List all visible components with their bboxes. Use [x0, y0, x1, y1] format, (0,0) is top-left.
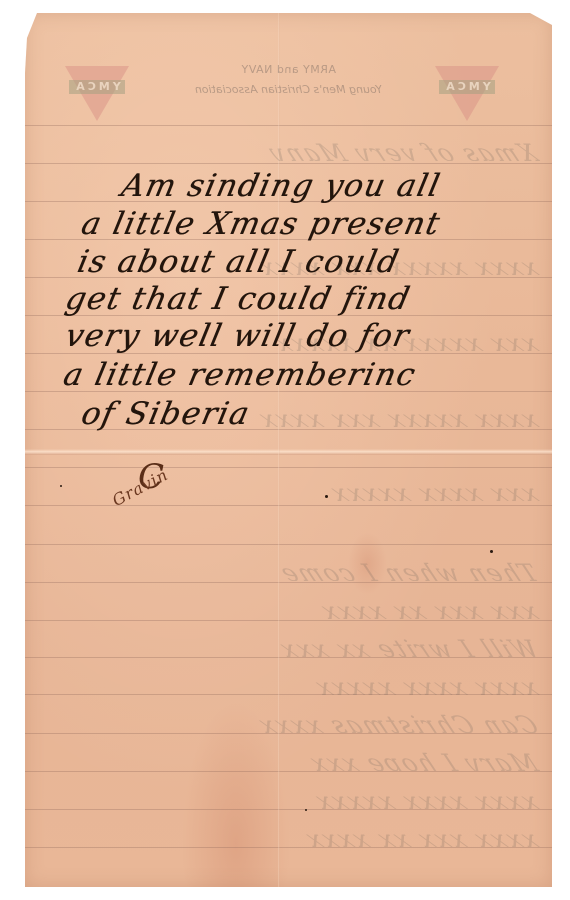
ruled-line: [25, 125, 552, 126]
signature: C Gravin: [118, 455, 248, 535]
letter-line-1: Am sinding you all: [118, 168, 444, 204]
letter-line-5: very well will do for: [62, 318, 413, 354]
bleed-through-text: xxx xxx xx xxxx: [40, 597, 540, 619]
ruled-line: [25, 657, 552, 658]
letter-line-2: a little Xmas present: [78, 206, 444, 242]
ink-speck: [60, 485, 62, 487]
ruled-line: [25, 771, 552, 772]
letter-line-7: of Siberia: [78, 396, 253, 432]
ruled-line: [25, 733, 552, 734]
bleed-through-text: Then when I come: [40, 559, 540, 581]
bleed-through-text: Will I write xx xxx: [40, 635, 540, 657]
letter-line-6: a little rememberinc: [60, 357, 419, 393]
bleed-through-text: xxxx xxxx xxxxx: [40, 787, 540, 809]
ruled-line: [25, 467, 552, 468]
horizontal-fold-crease: [25, 449, 552, 455]
letter-line-4: get that I could find: [62, 281, 414, 317]
ink-speck: [305, 809, 307, 811]
bleed-through-text: Xmas of very Many: [40, 139, 540, 161]
ruled-line: [25, 847, 552, 848]
ink-speck: [490, 550, 493, 553]
ymca-emblem-right: YMCA: [439, 80, 495, 94]
bleed-through-text: xxxx xxx xx xxxx: [40, 825, 540, 847]
letterhead: YMCA ARMY and NAVY Young Men's Christian…: [25, 53, 552, 123]
bleed-through-text: Can Christmas xxxx: [40, 711, 540, 733]
ruled-line: [25, 163, 552, 164]
bleed-through-text: xxxx xxxx xxxxx: [40, 673, 540, 695]
bleed-through-text: Mary I hope xxx: [40, 749, 540, 771]
letter-paper: YMCA ARMY and NAVY Young Men's Christian…: [25, 13, 552, 887]
ruled-line: [25, 582, 552, 583]
ink-speck: [325, 495, 328, 498]
ruled-line: [25, 620, 552, 621]
letter-line-3: is about all I could: [74, 244, 403, 280]
ruled-line: [25, 809, 552, 810]
ruled-line: [25, 505, 552, 506]
ruled-line: [25, 544, 552, 545]
